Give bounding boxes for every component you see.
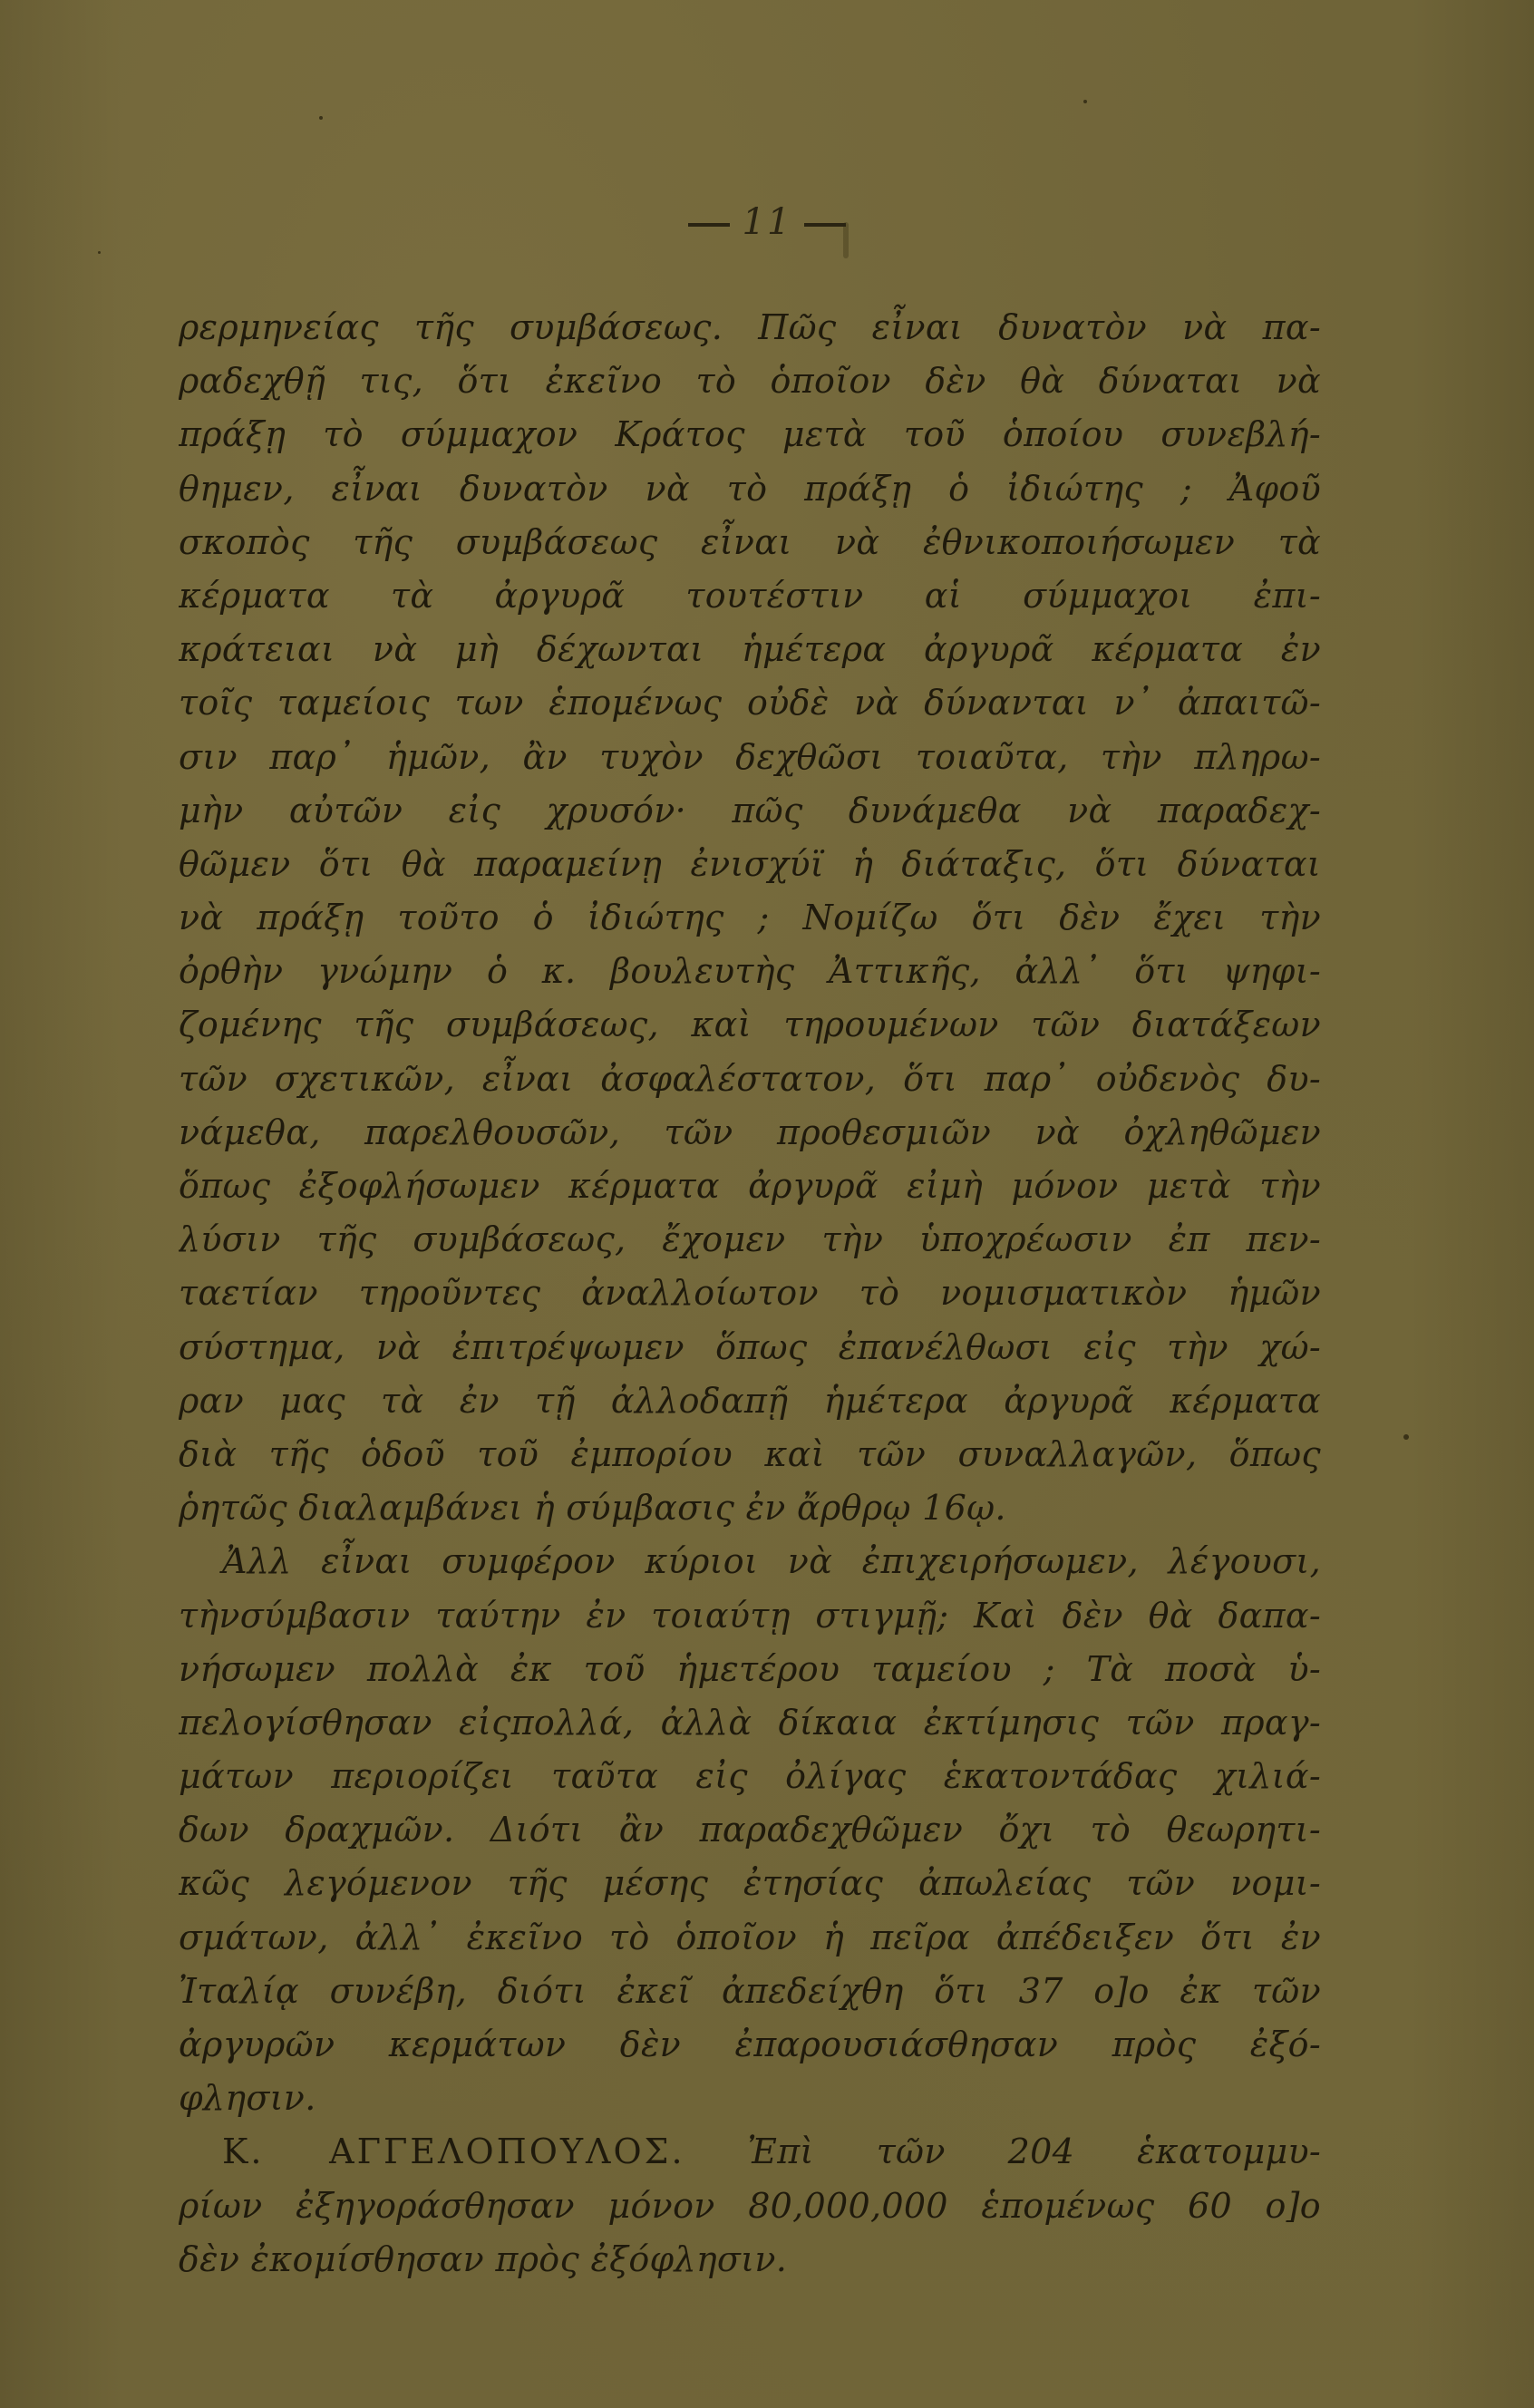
text-line: μάτων περιορίζει ταῦτα εἰς ὀλίγας ἑκατον… bbox=[179, 1750, 1321, 1803]
text-line-content: σιν παρ᾽ ἡμῶν, ἂν τυχὸν δεχθῶσι τοιαῦτα,… bbox=[179, 737, 1321, 777]
speaker-name: Κ. ΑΓΓΕΛΟΠΟΥΛΟΣ. bbox=[222, 2131, 685, 2171]
text-line-content: ρερμηνείας τῆς συμβάσεως. Πῶς εἶναι δυνα… bbox=[179, 307, 1321, 347]
text-line-content: πράξῃ τὸ σύμμαχον Κράτος μετὰ τοῦ ὁποίου… bbox=[179, 414, 1321, 454]
text-line-content: ῥητῶς διαλαμβάνει ἡ σύμβασις ἐν ἄρθρῳ 16… bbox=[179, 1488, 1006, 1528]
text-line: σύστημα, νὰ ἐπιτρέψωμεν ὅπως ἐπανέλθωσι … bbox=[179, 1321, 1321, 1374]
text-line: νήσωμεν πολλὰ ἐκ τοῦ ἡμετέρου ταμείου ; … bbox=[179, 1643, 1321, 1696]
text-line: Κ. ΑΓΓΕΛΟΠΟΥΛΟΣ. Ἐπὶ τῶν 204 ἑκατομμυ- bbox=[179, 2125, 1321, 2179]
page-number: 11 bbox=[0, 201, 1534, 243]
text-line-content: διὰ τῆς ὁδοῦ τοῦ ἐμπορίου καὶ τῶν συναλλ… bbox=[179, 1434, 1321, 1474]
text-line: τῶν σχετικῶν, εἶναι ἀσφαλέστατον, ὅτι πα… bbox=[179, 1053, 1321, 1106]
text-line-content: μὴν αὐτῶν εἰς χρυσόν· πῶς δυνάμεθα νὰ πα… bbox=[179, 791, 1321, 830]
page-number-value: 11 bbox=[743, 201, 792, 243]
text-line-content: τῶν σχετικῶν, εἶναι ἀσφαλέστατον, ὅτι πα… bbox=[179, 1059, 1321, 1099]
text-line-content: δὲν ἐκομίσθησαν πρὸς ἐξόφλησιν. bbox=[179, 2239, 787, 2279]
text-line: δὲν ἐκομίσθησαν πρὸς ἐξόφλησιν. bbox=[179, 2233, 1321, 2287]
text-line-content: σύστημα, νὰ ἐπιτρέψωμεν ὅπως ἐπανέλθωσι … bbox=[179, 1327, 1321, 1367]
text-line: Ἀλλ εἶναι συμφέρον κύριοι νὰ ἐπιχειρήσωμ… bbox=[179, 1535, 1321, 1588]
text-line-content: λύσιν τῆς συμβάσεως, ἔχομεν τὴν ὑποχρέωσ… bbox=[179, 1219, 1321, 1259]
text-line: σμάτων, ἀλλ᾽ ἐκεῖνο τὸ ὁποῖον ἡ πεῖρα ἀπ… bbox=[179, 1911, 1321, 1965]
text-line-content: ραν μας τὰ ἐν τῇ ἀλλοδαπῇ ἡμέτερα ἀργυρᾶ… bbox=[179, 1381, 1321, 1421]
text-line-content: ζομένης τῆς συμβάσεως, καὶ τηρουμένων τῶ… bbox=[179, 1005, 1321, 1044]
text-line: θημεν, εἶναι δυνατὸν νὰ τὸ πράξῃ ὁ ἰδιώτ… bbox=[179, 462, 1321, 516]
text-line: ὀρθὴν γνώμην ὁ κ. βουλευτὴς Ἀττικῆς, ἀλλ… bbox=[179, 945, 1321, 998]
text-line: κέρματα τὰ ἀργυρᾶ τουτέστιν αἱ σύμμαχοι … bbox=[179, 569, 1321, 623]
text-line: σκοπὸς τῆς συμβάσεως εἶναι νὰ ἐθνικοποιή… bbox=[179, 516, 1321, 569]
text-line: κράτειαι νὰ μὴ δέχωνται ἡμέτερα ἀργυρᾶ κ… bbox=[179, 623, 1321, 676]
text-line-content: τὴνσύμβασιν ταύτην ἐν τοιαύτῃ στιγμῇ; Κα… bbox=[179, 1596, 1321, 1636]
page-number-dash-left bbox=[688, 223, 730, 227]
page-number-dash-right bbox=[804, 223, 846, 227]
text-line-content: ραδεχθῇ τις, ὅτι ἐκεῖνο τὸ ὁποῖον δὲν θὰ… bbox=[179, 361, 1321, 401]
text-line: ραν μας τὰ ἐν τῇ ἀλλοδαπῇ ἡμέτερα ἀργυρᾶ… bbox=[179, 1374, 1321, 1428]
text-line: διὰ τῆς ὁδοῦ τοῦ ἐμπορίου καὶ τῶν συναλλ… bbox=[179, 1428, 1321, 1481]
text-line: νάμεθα, παρελθουσῶν, τῶν προθεσμιῶν νὰ ὀ… bbox=[179, 1106, 1321, 1160]
text-line-content: τοῖς ταμείοις των ἑπομένως οὐδὲ νὰ δύναν… bbox=[179, 683, 1321, 723]
text-line: λύσιν τῆς συμβάσεως, ἔχομεν τὴν ὑποχρέωσ… bbox=[179, 1213, 1321, 1267]
text-line-content: θημεν, εἶναι δυνατὸν νὰ τὸ πράξῃ ὁ ἰδιώτ… bbox=[179, 469, 1321, 509]
text-line-content: δων δραχμῶν. Διότι ἂν παραδεχθῶμεν ὄχι τ… bbox=[179, 1810, 1321, 1850]
text-line-content: κῶς λεγόμενον τῆς μέσης ἐτησίας ἀπωλείας… bbox=[179, 1863, 1321, 1903]
text-line: Ἰταλίᾳ συνέβη, διότι ἐκεῖ ἀπεδείχθη ὅτι … bbox=[179, 1965, 1321, 2018]
text-line-content: Ἀλλ εἶναι συμφέρον κύριοι νὰ ἐπιχειρήσωμ… bbox=[222, 1541, 1321, 1581]
text-line: μὴν αὐτῶν εἰς χρυσόν· πῶς δυνάμεθα νὰ πα… bbox=[179, 784, 1321, 838]
text-line-content: θῶμεν ὅτι θὰ παραμείνῃ ἐνισχύϊ ἡ διάταξι… bbox=[179, 844, 1321, 884]
text-line-content: σμάτων, ἀλλ᾽ ἐκεῖνο τὸ ὁποῖον ἡ πεῖρα ἀπ… bbox=[179, 1918, 1321, 1957]
text-line: νὰ πράξῃ τοῦτο ὁ ἰδιώτης ; Νομίζω ὅτι δὲ… bbox=[179, 891, 1321, 945]
text-line-content: νήσωμεν πολλὰ ἐκ τοῦ ἡμετέρου ταμείου ; … bbox=[179, 1649, 1321, 1689]
text-line-content: ταετίαν τηροῦντες ἀναλλοίωτον τὸ νομισμα… bbox=[179, 1273, 1321, 1313]
text-line: ραδεχθῇ τις, ὅτι ἐκεῖνο τὸ ὁποῖον δὲν θὰ… bbox=[179, 354, 1321, 408]
text-line-content: ὅπως ἐξοφλήσωμεν κέρματα ἀργυρᾶ εἰμὴ μόν… bbox=[179, 1166, 1321, 1206]
text-line: πελογίσθησαν εἰςπολλά, ἀλλὰ δίκαια ἐκτίμ… bbox=[179, 1696, 1321, 1750]
text-line: πράξῃ τὸ σύμμαχον Κράτος μετὰ τοῦ ὁποίου… bbox=[179, 408, 1321, 461]
text-line: ζομένης τῆς συμβάσεως, καὶ τηρουμένων τῶ… bbox=[179, 998, 1321, 1052]
text-line: φλησιν. bbox=[179, 2072, 1321, 2125]
text-line-content: κέρματα τὰ ἀργυρᾶ τουτέστιν αἱ σύμμαχοι … bbox=[179, 576, 1321, 616]
text-line-content: φλησιν. bbox=[179, 2078, 316, 2118]
text-line: τοῖς ταμείοις των ἑπομένως οὐδὲ νὰ δύναν… bbox=[179, 676, 1321, 730]
text-line: θῶμεν ὅτι θὰ παραμείνῃ ἐνισχύϊ ἡ διάταξι… bbox=[179, 838, 1321, 891]
body-text: ρερμηνείας τῆς συμβάσεως. Πῶς εἶναι δυνα… bbox=[179, 301, 1321, 2287]
text-line-content: πελογίσθησαν εἰςπολλά, ἀλλὰ δίκαια ἐκτίμ… bbox=[179, 1703, 1321, 1743]
text-line: ρίων ἐξηγοράσθησαν μόνον 80,000,000 ἑπομ… bbox=[179, 2180, 1321, 2233]
text-line: ὅπως ἐξοφλήσωμεν κέρματα ἀργυρᾶ εἰμὴ μόν… bbox=[179, 1160, 1321, 1213]
text-line-content: μάτων περιορίζει ταῦτα εἰς ὀλίγας ἑκατον… bbox=[179, 1756, 1321, 1796]
text-line-content: Ἰταλίᾳ συνέβη, διότι ἐκεῖ ἀπεδείχθη ὅτι … bbox=[179, 1971, 1321, 2011]
text-line: δων δραχμῶν. Διότι ἂν παραδεχθῶμεν ὄχι τ… bbox=[179, 1803, 1321, 1857]
text-line: τὴνσύμβασιν ταύτην ἐν τοιαύτῃ στιγμῇ; Κα… bbox=[179, 1589, 1321, 1643]
text-line: ἀργυρῶν κερμάτων δὲν ἐπαρουσιάσθησαν πρὸ… bbox=[179, 2018, 1321, 2072]
text-line-content: νάμεθα, παρελθουσῶν, τῶν προθεσμιῶν νὰ ὀ… bbox=[179, 1112, 1321, 1152]
text-line-content: ἀργυρῶν κερμάτων δὲν ἐπαρουσιάσθησαν πρὸ… bbox=[179, 2024, 1321, 2064]
text-line-content: νὰ πράξῃ τοῦτο ὁ ἰδιώτης ; Νομίζω ὅτι δὲ… bbox=[179, 898, 1321, 937]
text-line-content: ρίων ἐξηγοράσθησαν μόνον 80,000,000 ἑπομ… bbox=[179, 2186, 1321, 2226]
text-line-content: σκοπὸς τῆς συμβάσεως εἶναι νὰ ἐθνικοποιή… bbox=[179, 522, 1321, 562]
text-line-content: Ἐπὶ τῶν 204 ἑκατομμυ- bbox=[685, 2131, 1321, 2171]
text-line-content: κράτειαι νὰ μὴ δέχωνται ἡμέτερα ἀργυρᾶ κ… bbox=[179, 629, 1321, 669]
text-line-content: ὀρθὴν γνώμην ὁ κ. βουλευτὴς Ἀττικῆς, ἀλλ… bbox=[179, 951, 1321, 991]
text-line: σιν παρ᾽ ἡμῶν, ἂν τυχὸν δεχθῶσι τοιαῦτα,… bbox=[179, 731, 1321, 784]
text-line: κῶς λεγόμενον τῆς μέσης ἐτησίας ἀπωλείας… bbox=[179, 1857, 1321, 1910]
text-line: ρερμηνείας τῆς συμβάσεως. Πῶς εἶναι δυνα… bbox=[179, 301, 1321, 354]
text-line: ταετίαν τηροῦντες ἀναλλοίωτον τὸ νομισμα… bbox=[179, 1267, 1321, 1320]
text-line: ῥητῶς διαλαμβάνει ἡ σύμβασις ἐν ἄρθρῳ 16… bbox=[179, 1481, 1321, 1535]
